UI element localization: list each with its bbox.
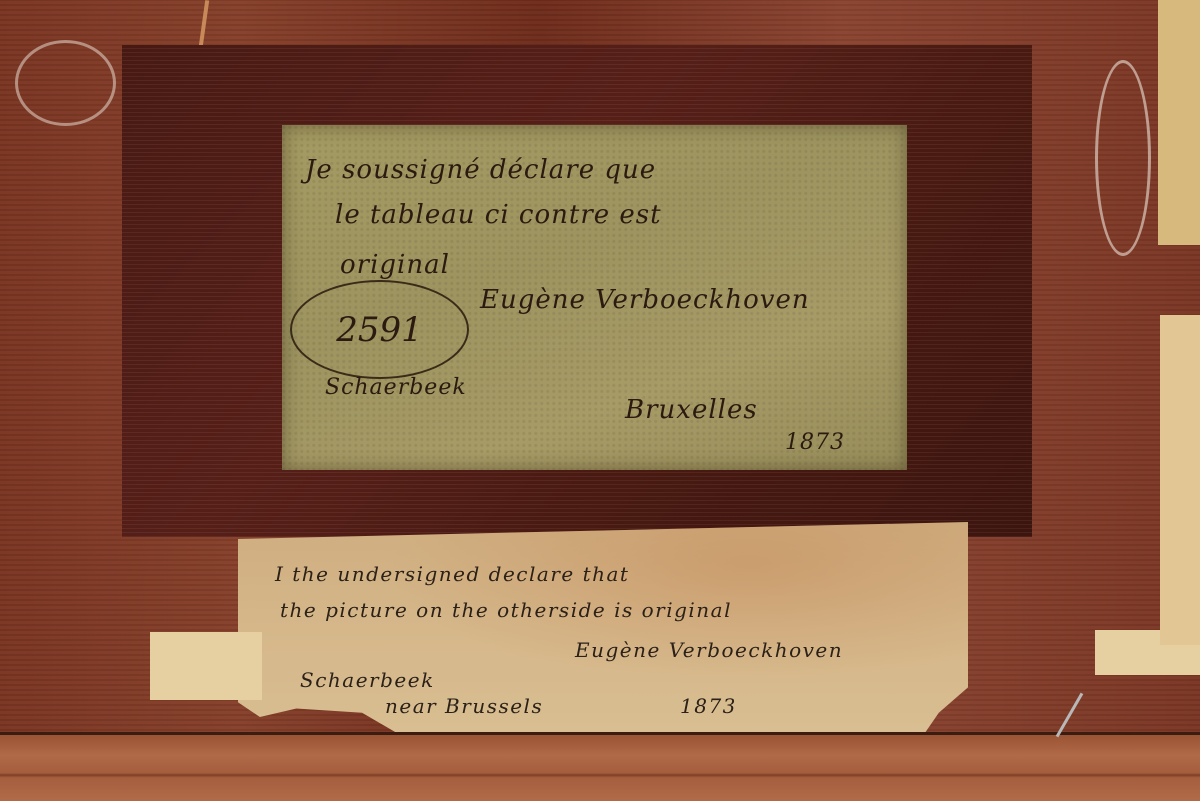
brass-signature: Eugène Verboeckhoven <box>480 285 810 315</box>
brass-line-3: original <box>340 250 450 280</box>
brass-city: Bruxelles <box>625 395 758 425</box>
brass-place: Schaerbeek <box>325 375 467 400</box>
paper-label <box>238 522 968 734</box>
inventory-number: 2591 <box>290 280 469 379</box>
chalk-mark <box>15 40 116 126</box>
chalk-circle <box>1095 60 1151 256</box>
tape-strip <box>150 632 262 700</box>
paper-line-2: the picture on the otherside is original <box>280 598 732 622</box>
brass-year: 1873 <box>785 430 845 455</box>
tape-strip <box>1158 0 1200 245</box>
paper-line-1: I the undersigned declare that <box>275 562 629 586</box>
brass-line-1: Je soussigné déclare que <box>305 155 656 185</box>
paper-year: 1873 <box>680 694 737 718</box>
brass-line-2: le tableau ci contre est <box>335 200 662 230</box>
paper-signature: Eugène Verboeckhoven <box>575 638 843 662</box>
tape-strip <box>1160 315 1200 645</box>
paper-location: near Brussels <box>385 694 543 718</box>
frame-stretcher-bar <box>0 732 1200 801</box>
paper-place: Schaerbeek <box>300 668 435 692</box>
